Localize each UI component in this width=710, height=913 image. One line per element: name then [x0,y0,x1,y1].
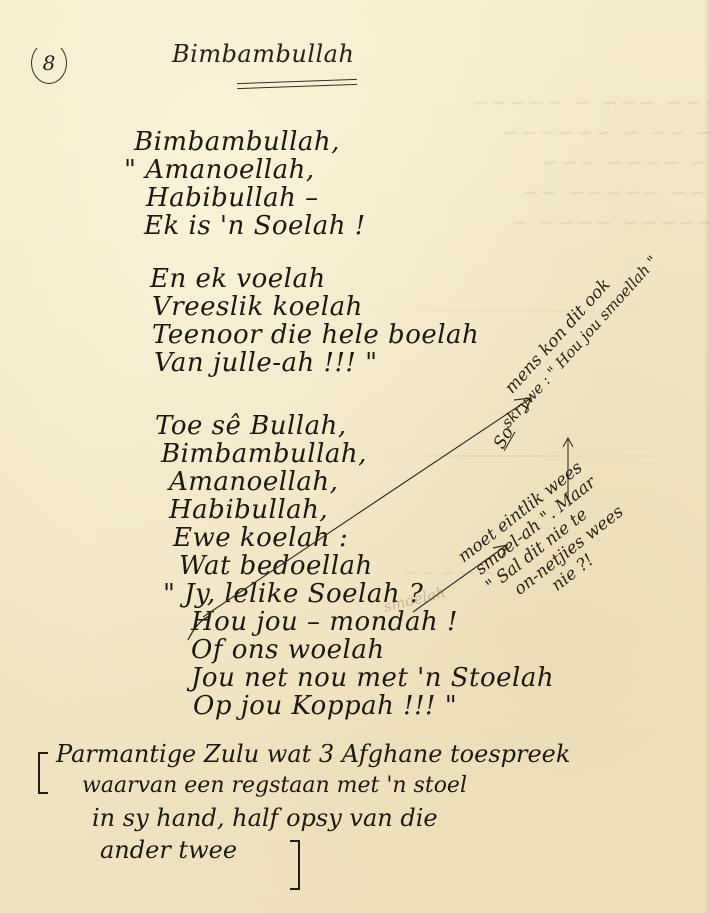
poem-line: Teenoor die hele boelah [150,321,479,349]
margin-note-line: mens kon dit ook [482,238,647,418]
poem-stanza-1: Bimbambullah, " Amanoellah, Habibullah –… [132,128,366,240]
poem-line: Habibullah – [132,184,366,212]
bleed-through-text: ~~~~~ ~~~~ ~ [510,210,710,234]
manuscript-page: ~~~ ~~~ ~ ~~~~~ ~~~ ~~ ~ ~~~~~~ ~~~ ~~~~… [0,0,710,913]
stage-direction-line: waarvan een regstaan met 'n stoel [30,770,570,802]
poem-line: Amanoellah, [155,468,554,496]
stage-direction: Parmantige Zulu wat 3 Afghane toespreek … [30,738,570,866]
poem-line: Ek is 'n Soelah ! [132,212,366,240]
page-number: 8 [31,42,67,84]
bleed-through-text: ~~~ ~~ ~ ~~~~~~ [500,120,710,144]
poem-line: Jou net nou met 'n Stoelah [155,664,554,692]
bleed-through-text: ~~~ ~~~ ~ ~~~~~ [470,90,710,114]
stage-direction-line: ander twee [30,834,570,866]
poem-stanza-2: En ek voelah Vreeslik koelah Teenoor die… [150,265,479,377]
bleed-through-text: ~~~ ~~~~ ~~~ [540,150,710,174]
poem-line: En ek voelah [150,265,479,293]
margin-note-1: mens kon dit ook skrywe : " Hou jou smoe… [482,238,662,432]
margin-note-line: skrywe : " Hou jou smoellah " [497,252,662,432]
poem-line: Van julle-ah !!! " [150,349,479,377]
poem-line: Vreeslik koelah [150,293,479,321]
poem-line: Op jou Koppah !!! " [155,692,554,720]
page-title: Bimbambullah [172,40,354,68]
stage-direction-line: in sy hand, half opsy van die [30,802,570,834]
stage-direction-close-bracket [290,840,300,890]
title-double-underline [237,79,357,89]
poem-line: " Amanoellah, [124,156,366,184]
poem-line: Bimbambullah, [132,128,366,156]
poem-line: Of ons woelah [155,636,554,664]
bleed-through-text: ~~~~ ~~~~~ ~~ [520,180,710,204]
poem-line: Hou jou – mondah ! [155,608,554,636]
stage-direction-line: Parmantige Zulu wat 3 Afghane toespreek [30,738,570,770]
